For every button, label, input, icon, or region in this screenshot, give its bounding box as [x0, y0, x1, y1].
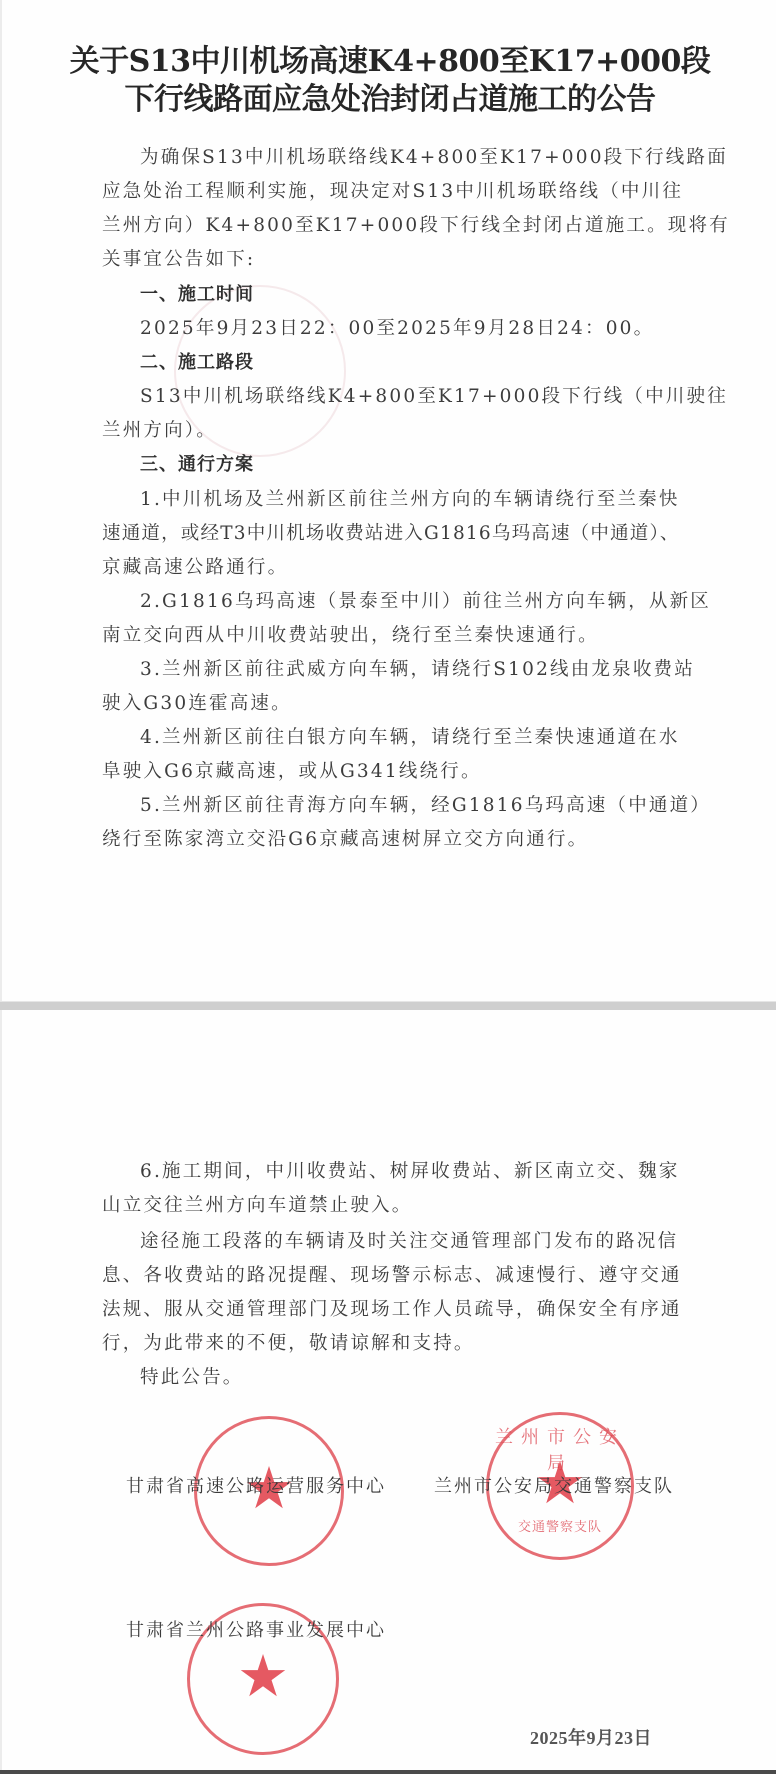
plan-item-4-line-2: 阜驶入G6京藏高速，或从G341线绕行。 — [102, 760, 682, 784]
plan-item-6-line-1: 6.施工期间，中川收费站、树屏收费站、新区南立交、魏家 — [140, 1160, 720, 1184]
plan-item-1-line-2: 速通道，或经T3中川机场收费站进入G1816乌玛高速（中通道）、 — [102, 522, 682, 546]
construction-segment-line-1: S13中川机场联络线K4+800至K17+000段下行线（中川驶往 — [140, 385, 720, 409]
intro-line-2: 应急处治工程顺利实施，现决定对S13中川机场联络线（中川往 — [102, 180, 682, 204]
sign-off-text: 特此公告。 — [140, 1366, 720, 1390]
plan-item-2-line-2: 南立交向西从中川收费站驶出，绕行至兰秦快速通行。 — [102, 624, 682, 648]
seal-star-icon: ★ — [237, 1647, 289, 1705]
signatory-traffic-police-detachment: 兰州市公安局交通警察支队 — [434, 1472, 674, 1498]
section-heading-traffic-plan: 三、通行方案 — [140, 453, 254, 477]
signatory-road-development-center: 甘肃省兰州公路事业发展中心 — [126, 1616, 386, 1642]
plan-item-3-line-1: 3.兰州新区前往武威方向车辆，请绕行S102线由龙泉收费站 — [140, 658, 720, 682]
notice-title-line-1: 关于S13中川机场高速K4+800至K17+000段 — [2, 44, 776, 80]
intro-line-3: 兰州方向）K4+800至K17+000段下行线全封闭占道施工。现将有 — [102, 214, 682, 238]
plan-item-5-line-1: 5.兰州新区前往青海方向车辆，经G1816乌玛高速（中通道） — [140, 794, 720, 818]
seal-sub-text: 交通警察支队 — [489, 1516, 631, 1535]
document-page-2: 6.施工期间，中川收费站、树屏收费站、新区南立交、魏家 山立交往兰州方向车道禁止… — [0, 1010, 776, 1770]
section-heading-construction-time: 一、施工时间 — [140, 283, 254, 307]
construction-time-text: 2025年9月23日22：00至2025年9月28日24：00。 — [140, 317, 720, 341]
closing-line-1: 途径施工段落的车辆请及时关注交通管理部门发布的路况信 — [140, 1230, 720, 1254]
closing-line-3: 法规、服从交通管理部门及现场工作人员疏导，确保安全有序通 — [102, 1298, 682, 1322]
intro-line-4: 关事宜公告如下: — [102, 248, 682, 272]
section-heading-construction-segment: 二、施工路段 — [140, 351, 254, 375]
bottom-edge-bar — [0, 1770, 776, 1774]
plan-item-6-line-2: 山立交往兰州方向车道禁止驶入。 — [102, 1194, 682, 1218]
notice-title-line-2: 下行线路面应急处治封闭占道施工的公告 — [2, 82, 776, 118]
intro-line-1: 为确保S13中川机场联络线K4+800至K17+000段下行线路面 — [140, 146, 720, 170]
plan-item-1-line-1: 1.中川机场及兰州新区前往兰州方向的车辆请绕行至兰秦快 — [140, 488, 720, 512]
signatory-highway-operations-center: 甘肃省高速公路运营服务中心 — [126, 1472, 386, 1498]
closing-line-4: 行，为此带来的不便，敬请谅解和支持。 — [102, 1332, 682, 1356]
plan-item-5-line-2: 绕行至陈家湾立交沿G6京藏高速树屏立交方向通行。 — [102, 828, 682, 852]
closing-line-2: 息、各收费站的路况提醒、现场警示标志、减速慢行、遵守交通 — [102, 1264, 682, 1288]
plan-item-1-line-3: 京藏高速公路通行。 — [102, 556, 682, 580]
document-page-1: 关于S13中川机场高速K4+800至K17+000段 下行线路面应急处治封闭占道… — [0, 0, 776, 1001]
notice-date: 2025年9月23日 — [530, 1724, 652, 1750]
construction-segment-line-2: 兰州方向）。 — [102, 419, 682, 443]
plan-item-2-line-1: 2.G1816乌玛高速（景泰至中川）前往兰州方向车辆，从新区 — [140, 590, 720, 614]
plan-item-4-line-1: 4.兰州新区前往白银方向车辆，请绕行至兰秦快速通道在水 — [140, 726, 720, 750]
plan-item-3-line-2: 驶入G30连霍高速。 — [102, 692, 682, 716]
